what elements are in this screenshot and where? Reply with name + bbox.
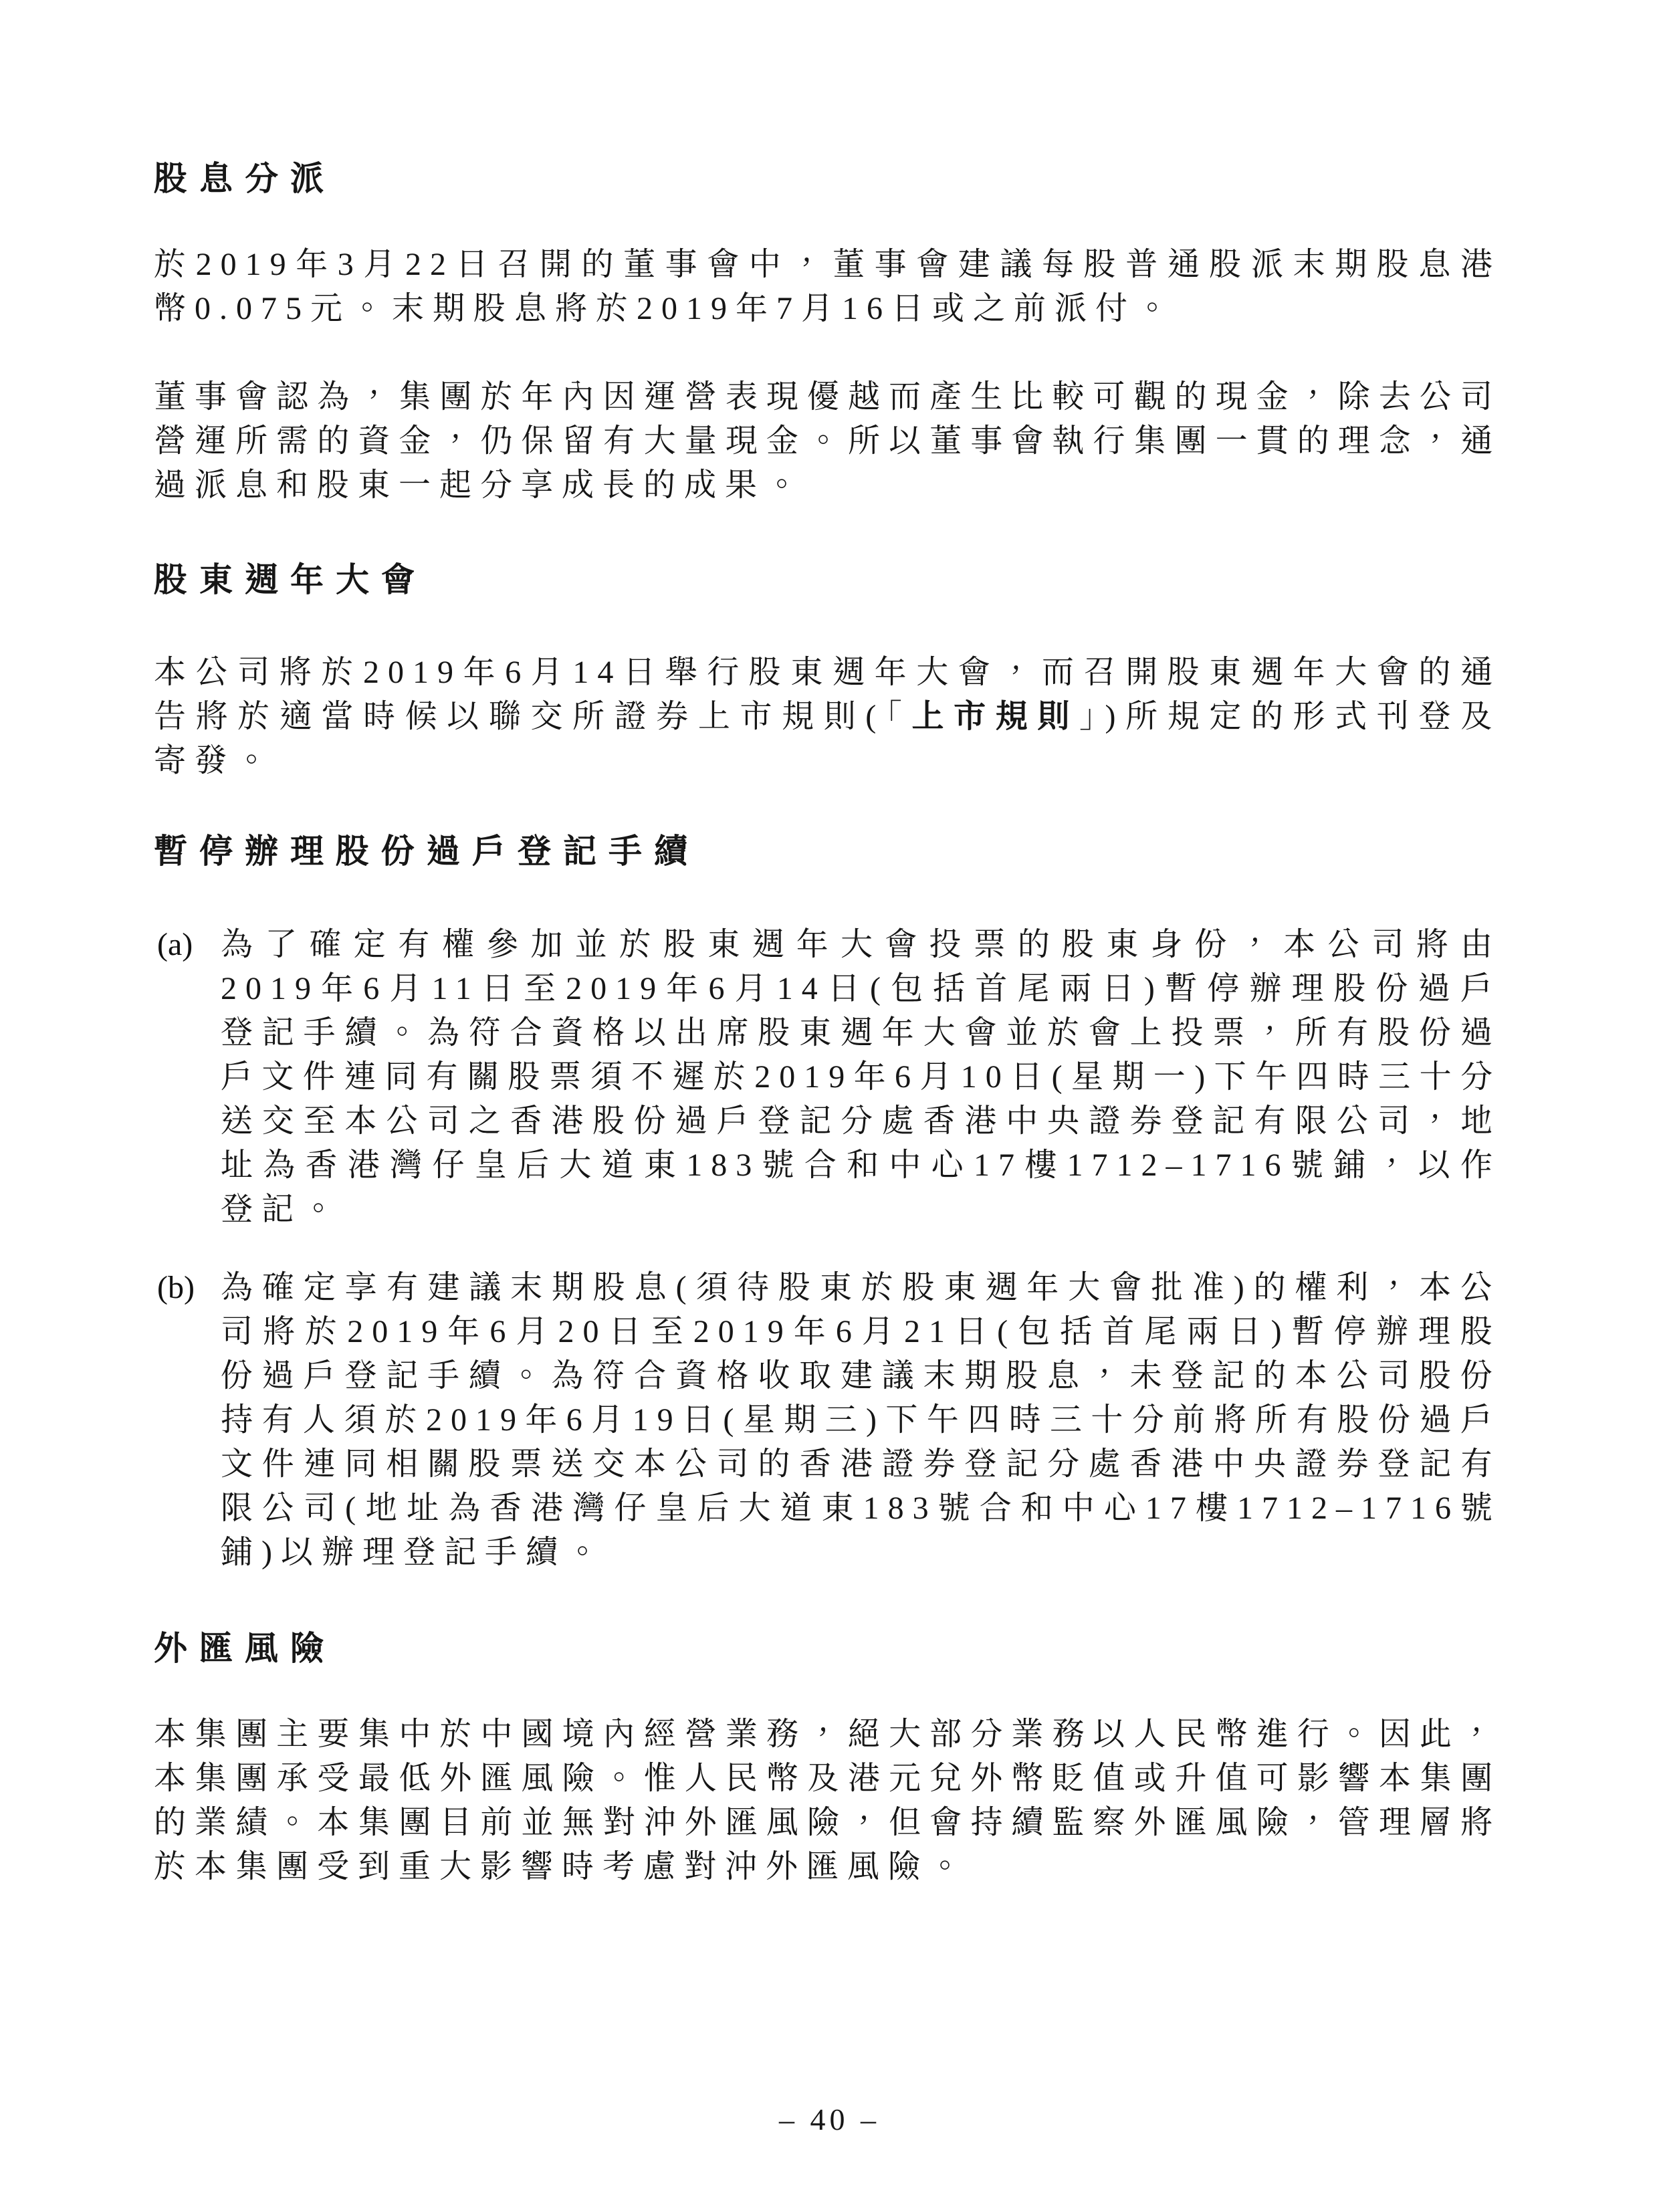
list-marker-a: (a) (157, 923, 193, 967)
paragraph-agm: 本公司將於2019年6月14日舉行股東週年大會，而召開股東週年大會的通告將於適當… (154, 651, 1501, 783)
page-number: – 40 – (0, 2100, 1659, 2140)
section-fx-risk: 外匯風險 本集團主要集中於中國境內經營業務，絕大部分業務以人民幣進行。因此，本集… (154, 1626, 1501, 1889)
section-book-close: 暫停辦理股份過戶登記手續 (a) 為了確定有權參加並於股東週年大會投票的股東身份… (154, 829, 1501, 1575)
document-page: 股息分派 於2019年3月22日召開的董事會中，董事會建議每股普通股派末期股息港… (0, 0, 1659, 2212)
section-heading-dividend: 股息分派 (154, 156, 1501, 201)
section-heading-book-close: 暫停辦理股份過戶登記手續 (154, 829, 1501, 873)
section-heading-agm: 股東週年大會 (154, 558, 1501, 602)
paragraph-dividend-2: 董事會認為，集團於年內因運營表現優越而產生比較可觀的現金，除去公司營運所需的資金… (154, 375, 1501, 508)
list-marker-b: (b) (157, 1266, 195, 1310)
agm-text-bold-listing-rules: 上市規則 (912, 699, 1079, 734)
section-heading-fx-risk: 外匯風險 (154, 1626, 1501, 1670)
paragraph-fx-risk: 本集團主要集中於中國境內經營業務，絕大部分業務以人民幣進行。因此，本集團承受最低… (154, 1712, 1501, 1889)
list-text-b: 為確定享有建議末期股息(須待股東於股東週年大會批准)的權利，本公司將於2019年… (221, 1266, 1501, 1575)
section-dividend: 股息分派 於2019年3月22日召開的董事會中，董事會建議每股普通股派末期股息港… (154, 156, 1501, 508)
paragraph-dividend-1: 於2019年3月22日召開的董事會中，董事會建議每股普通股派末期股息港幣0.07… (154, 243, 1501, 331)
list-item-b: (b) 為確定享有建議末期股息(須待股東於股東週年大會批准)的權利，本公司將於2… (154, 1266, 1501, 1575)
section-agm: 股東週年大會 本公司將於2019年6月14日舉行股東週年大會，而召開股東週年大會… (154, 558, 1501, 783)
list-item-a: (a) 為了確定有權參加並於股東週年大會投票的股東身份，本公司將由2019年6月… (154, 923, 1501, 1232)
list-text-a: 為了確定有權參加並於股東週年大會投票的股東身份，本公司將由2019年6月11日至… (221, 923, 1501, 1232)
